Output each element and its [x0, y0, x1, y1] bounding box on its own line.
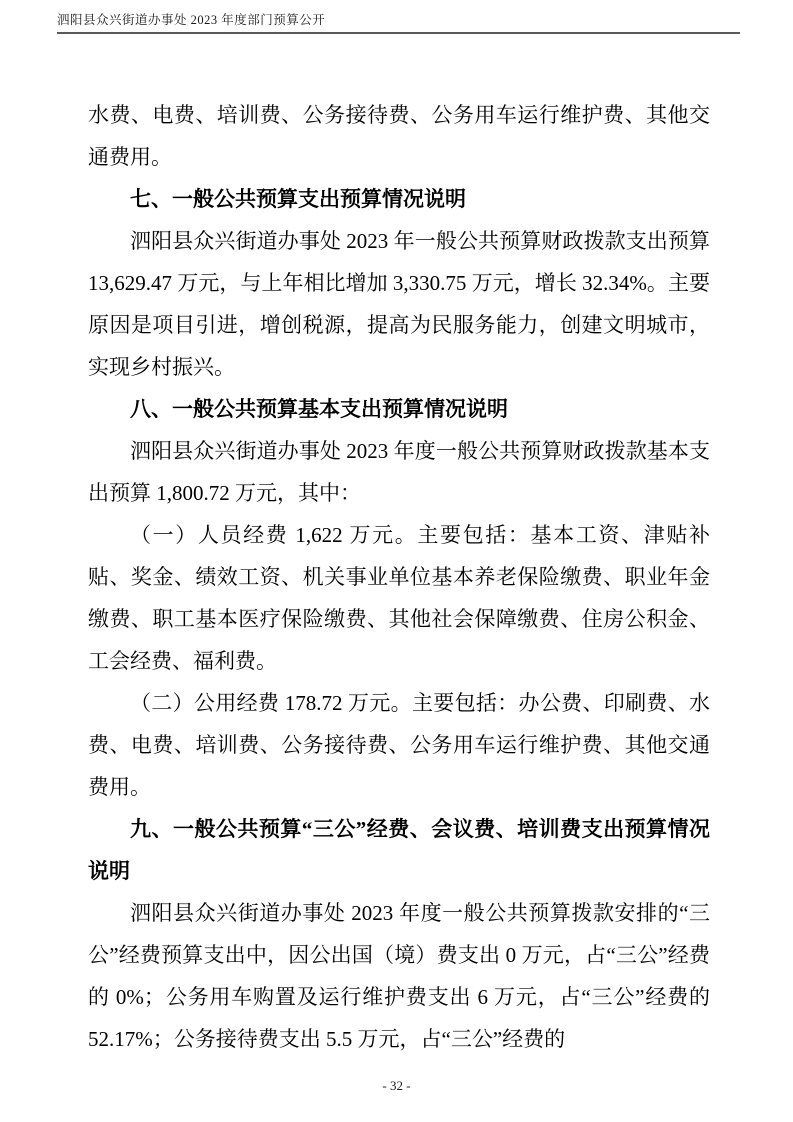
paragraph-section-9-body: 泗阳县众兴街道办事处 2023 年度一般公共预算拨款安排的“三公”经费预算支出中… [88, 892, 710, 1060]
paragraph-section-8-intro: 泗阳县众兴街道办事处 2023 年度一般公共预算财政拨款基本支出预算 1,800… [88, 430, 710, 514]
section-heading-8: 八、一般公共预算基本支出预算情况说明 [88, 388, 710, 430]
paragraph-personnel-expense: （一）人员经费 1,622 万元。主要包括：基本工资、津贴补贴、奖金、绩效工资、… [88, 514, 710, 682]
document-page: 泗阳县众兴街道办事处 2023 年度部门预算公开 水费、电费、培训费、公务接待费… [0, 0, 793, 1122]
paragraph-section-7-body: 泗阳县众兴街道办事处 2023 年一般公共预算财政拨款支出预算 13,629.4… [88, 220, 710, 388]
header-divider [57, 32, 740, 34]
document-body: 水费、电费、培训费、公务接待费、公务用车运行维护费、其他交通费用。 七、一般公共… [88, 94, 710, 1060]
page-number: - 32 - [0, 1078, 793, 1094]
section-heading-7: 七、一般公共预算支出预算情况说明 [88, 178, 710, 220]
paragraph-public-expense: （二）公用经费 178.72 万元。主要包括：办公费、印刷费、水费、电费、培训费… [88, 682, 710, 808]
page-header-title: 泗阳县众兴街道办事处 2023 年度部门预算公开 [57, 10, 325, 28]
paragraph-continuation: 水费、电费、培训费、公务接待费、公务用车运行维护费、其他交通费用。 [88, 94, 710, 178]
section-heading-9: 九、一般公共预算“三公”经费、会议费、培训费支出预算情况说明 [88, 808, 710, 892]
